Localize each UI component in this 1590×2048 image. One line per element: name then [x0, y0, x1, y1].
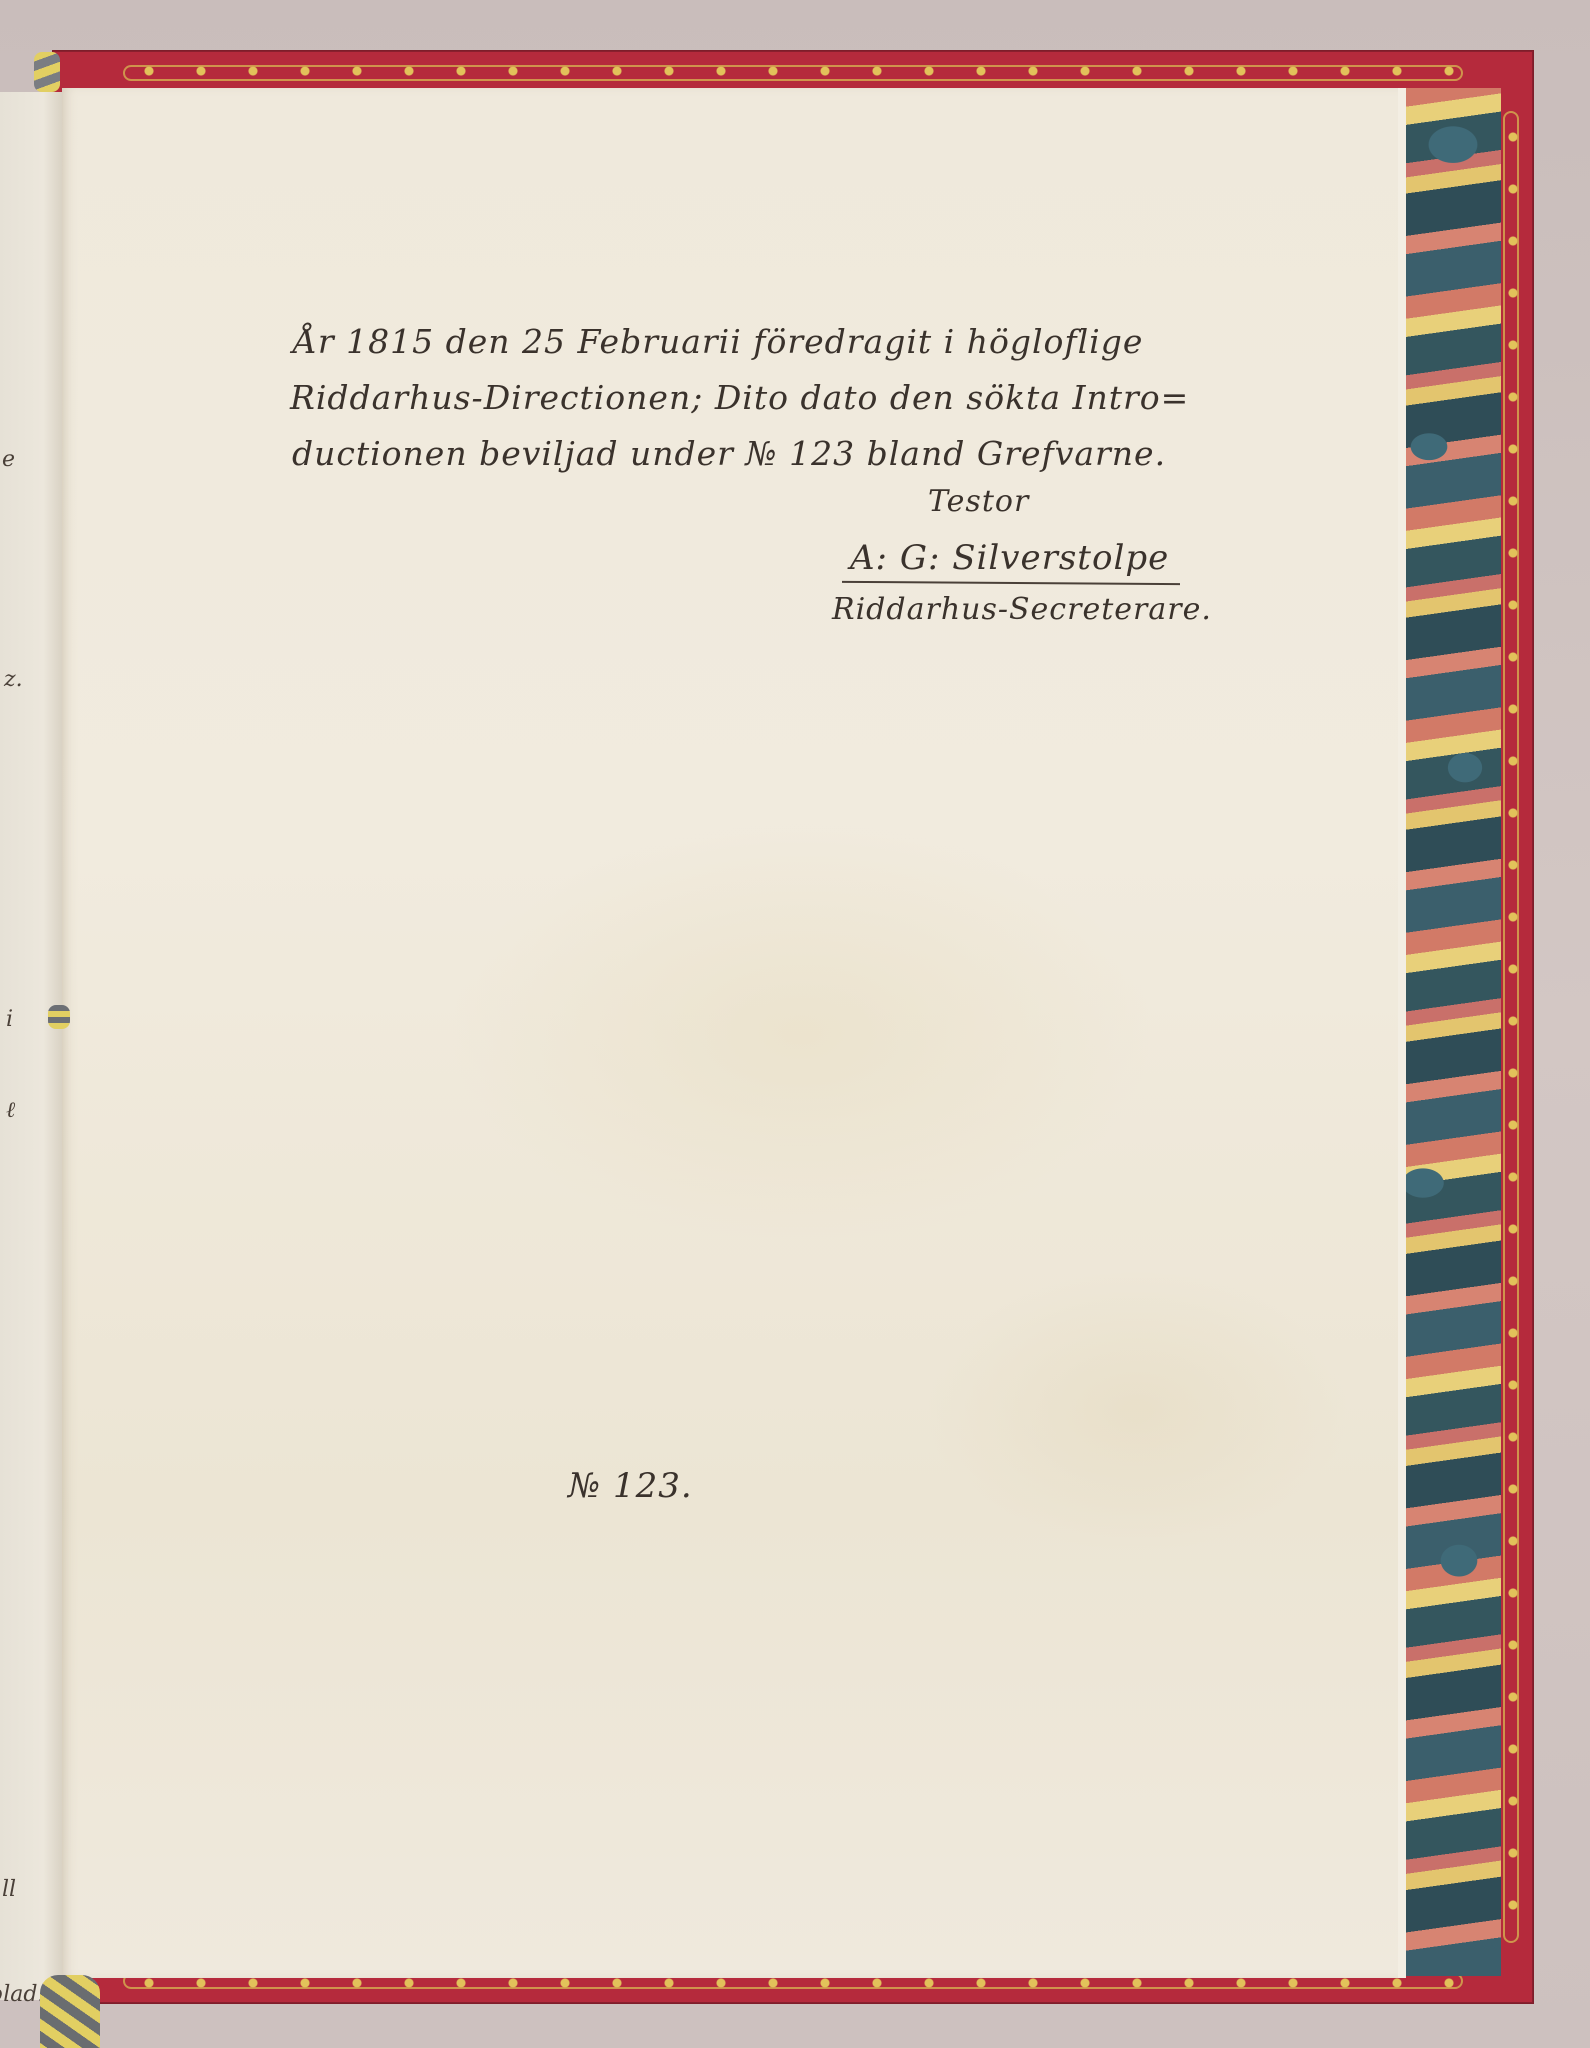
left-page-fragment: ll	[2, 1877, 16, 1902]
left-page: e z. i ℓ ll ablad.	[0, 92, 63, 2000]
text-line-2: Riddarhus-Directionen; Dito dato den sök…	[290, 378, 1189, 417]
left-page-fragment: z.	[4, 667, 23, 692]
attestation-label: Testor	[928, 484, 1029, 519]
left-page-fragment: e	[2, 447, 15, 472]
ribbon-tie-bottom	[40, 1975, 100, 2048]
gilt-chain-top	[123, 65, 1463, 81]
spine-cord-top	[34, 52, 60, 92]
signatory-title: Riddarhus-Secreterare.	[832, 592, 1212, 627]
binding-tie	[48, 1005, 70, 1029]
left-page-fragment: i	[6, 1007, 13, 1032]
text-line-3: ductionen beviljad under № 123 bland Gre…	[292, 434, 1166, 473]
page-edge	[1398, 88, 1406, 1978]
signature: A: G: Silverstolpe	[850, 538, 1169, 578]
left-page-fragment: ℓ	[6, 1097, 15, 1123]
register-number: № 123.	[568, 1466, 693, 1506]
text-line-1: År 1815 den 25 Februarii föredragit i hö…	[293, 322, 1143, 361]
gilt-chain-right	[1503, 111, 1519, 1943]
left-page-fragment: ablad.	[0, 1982, 44, 2007]
manuscript-page	[62, 88, 1406, 1978]
